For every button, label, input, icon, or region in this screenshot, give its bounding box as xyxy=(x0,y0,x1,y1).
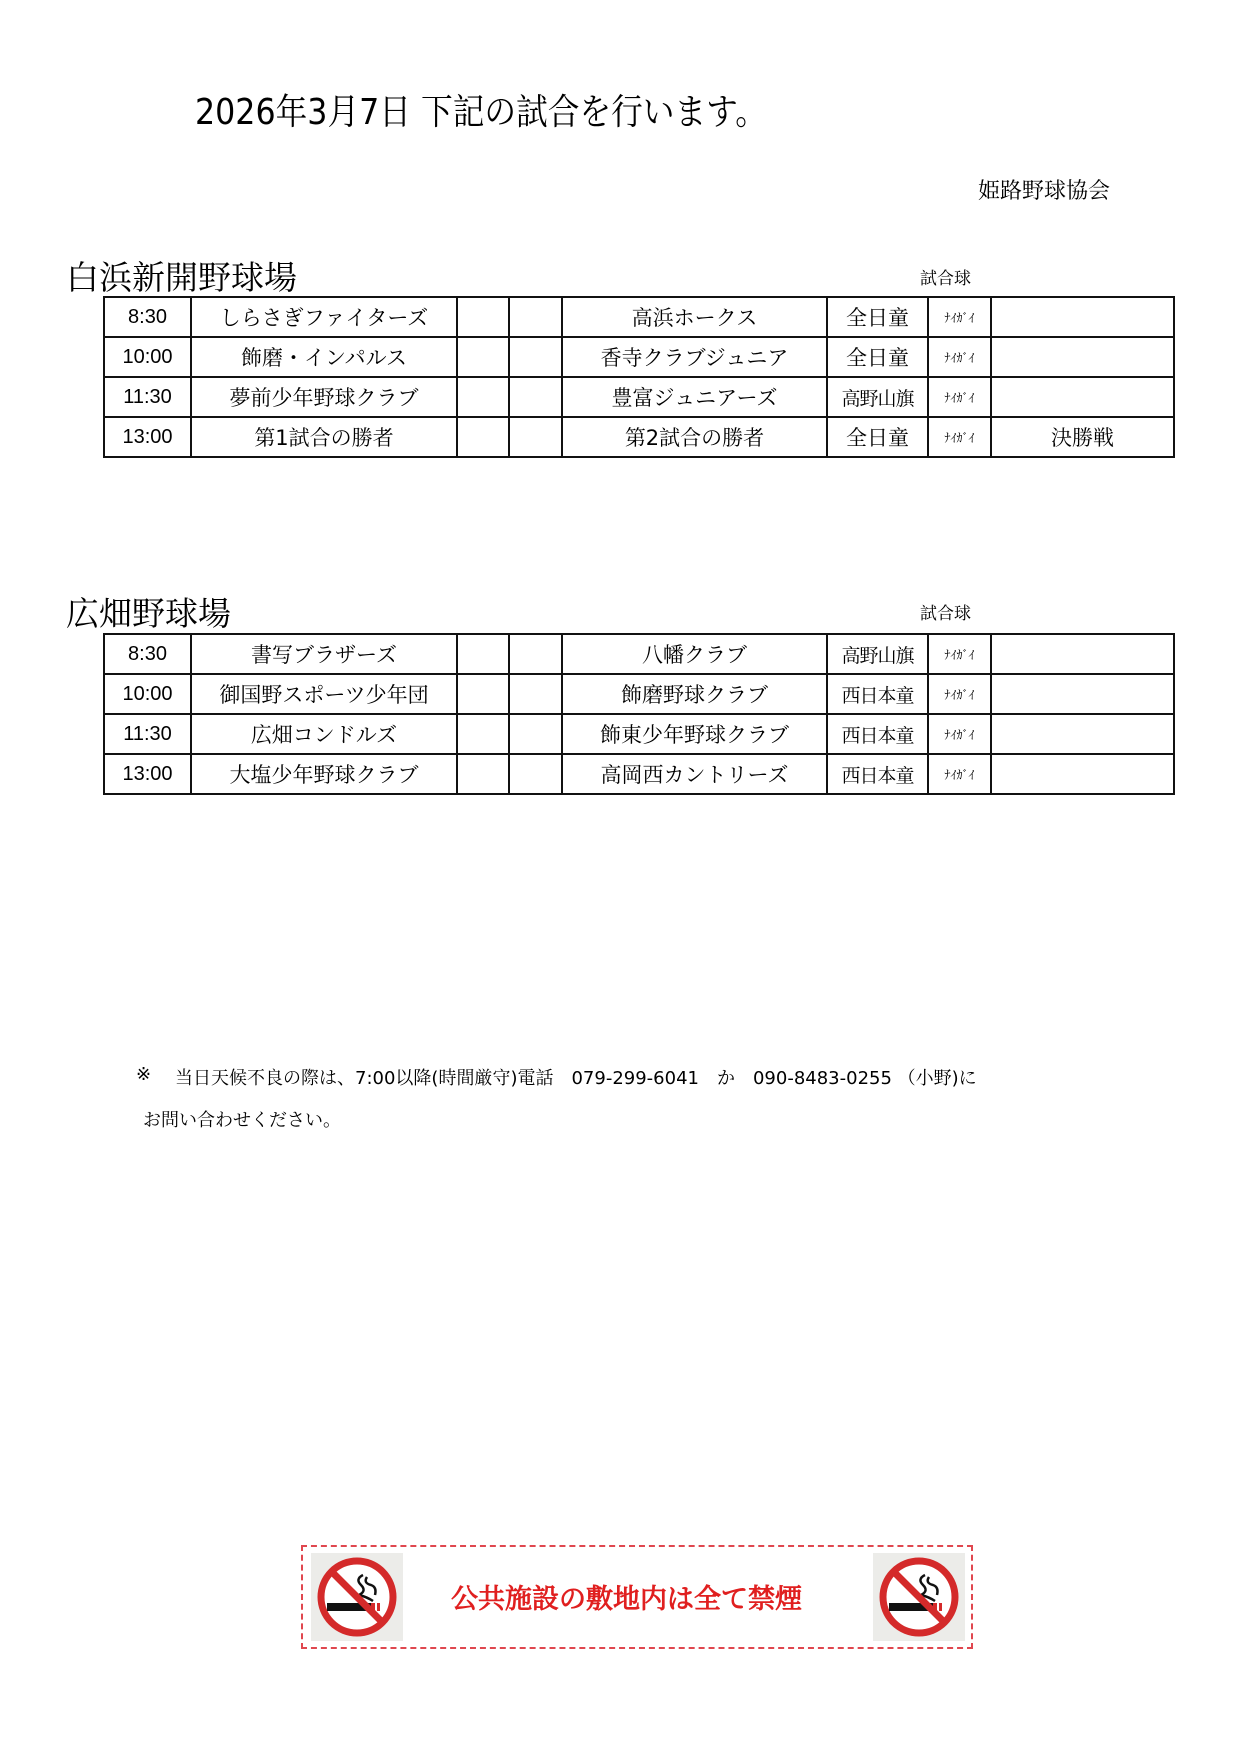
team-away: 豊富ジュニアーズ xyxy=(562,377,827,417)
game-note xyxy=(991,714,1174,754)
table-row: 11:30夢前少年野球クラブ豊富ジュニアーズ高野山旗ﾅｲｶﾞｲ xyxy=(104,377,1174,417)
team-home: 第1試合の勝者 xyxy=(191,417,457,457)
game-note xyxy=(991,337,1174,377)
game-ball: ﾅｲｶﾞｲ xyxy=(928,417,991,457)
score-cell xyxy=(509,297,562,337)
game-note xyxy=(991,634,1174,674)
game-ball: ﾅｲｶﾞｲ xyxy=(928,634,991,674)
game-ball: ﾅｲｶﾞｲ xyxy=(928,674,991,714)
game-ball: ﾅｲｶﾞｲ xyxy=(928,754,991,794)
table-row: 11:30広畑コンドルズ飾東少年野球クラブ西日本童ﾅｲｶﾞｲ xyxy=(104,714,1174,754)
table-row: 8:30書写ブラザーズ八幡クラブ高野山旗ﾅｲｶﾞｲ xyxy=(104,634,1174,674)
game-category: 西日本童 xyxy=(827,674,928,714)
team-away: 飾磨野球クラブ xyxy=(562,674,827,714)
table-row: 8:30しらさぎファイターズ高浜ホークス全日童ﾅｲｶﾞｲ xyxy=(104,297,1174,337)
ball-label-shirahama: 試合球 xyxy=(920,264,971,289)
game-category: 全日童 xyxy=(827,337,928,377)
schedule-table-hirohata: 8:30書写ブラザーズ八幡クラブ高野山旗ﾅｲｶﾞｲ10:00御国野スポーツ少年団… xyxy=(103,633,1175,795)
no-smoking-icon xyxy=(311,1553,403,1641)
team-home: 御国野スポーツ少年団 xyxy=(191,674,457,714)
notice-line-1: 当日天候不良の際は、7:00以降(時間厳守)電話 079-299-6041 か … xyxy=(175,1064,977,1090)
no-smoking-icon xyxy=(873,1553,965,1641)
game-category: 高野山旗 xyxy=(827,377,928,417)
notice-line-2: お問い合わせください。 xyxy=(143,1106,341,1132)
game-ball: ﾅｲｶﾞｲ xyxy=(928,337,991,377)
game-time: 13:00 xyxy=(104,417,191,457)
game-category: 全日童 xyxy=(827,417,928,457)
team-away: 八幡クラブ xyxy=(562,634,827,674)
notice-mark: ※ xyxy=(136,1064,151,1085)
score-cell xyxy=(509,337,562,377)
team-home: 大塩少年野球クラブ xyxy=(191,754,457,794)
score-cell xyxy=(509,754,562,794)
game-note: 決勝戦 xyxy=(991,417,1174,457)
score-cell xyxy=(457,297,509,337)
team-home: しらさぎファイターズ xyxy=(191,297,457,337)
game-ball: ﾅｲｶﾞｲ xyxy=(928,714,991,754)
game-category: 高野山旗 xyxy=(827,634,928,674)
score-cell xyxy=(457,377,509,417)
game-time: 11:30 xyxy=(104,377,191,417)
ball-label-hirohata: 試合球 xyxy=(920,599,971,624)
score-cell xyxy=(457,674,509,714)
game-ball: ﾅｲｶﾞｲ xyxy=(928,377,991,417)
table-row: 13:00大塩少年野球クラブ高岡西カントリーズ西日本童ﾅｲｶﾞｲ xyxy=(104,754,1174,794)
team-home: 書写ブラザーズ xyxy=(191,634,457,674)
no-smoking-text: 公共施設の敷地内は全て禁煙 xyxy=(451,1577,802,1616)
game-time: 11:30 xyxy=(104,714,191,754)
score-cell xyxy=(509,417,562,457)
team-away: 第2試合の勝者 xyxy=(562,417,827,457)
game-time: 10:00 xyxy=(104,337,191,377)
team-away: 香寺クラブジュニア xyxy=(562,337,827,377)
schedule-table-shirahama: 8:30しらさぎファイターズ高浜ホークス全日童ﾅｲｶﾞｲ10:00飾磨・インパル… xyxy=(103,296,1175,458)
game-category: 西日本童 xyxy=(827,754,928,794)
game-time: 13:00 xyxy=(104,754,191,794)
organization-name: 姫路野球協会 xyxy=(978,174,1110,205)
team-away: 飾東少年野球クラブ xyxy=(562,714,827,754)
score-cell xyxy=(457,754,509,794)
team-home: 広畑コンドルズ xyxy=(191,714,457,754)
score-cell xyxy=(457,714,509,754)
page-title: 2026年3月7日 下記の試合を行います。 xyxy=(195,84,767,135)
game-time: 8:30 xyxy=(104,634,191,674)
table-row: 10:00御国野スポーツ少年団飾磨野球クラブ西日本童ﾅｲｶﾞｲ xyxy=(104,674,1174,714)
game-note xyxy=(991,377,1174,417)
team-home: 夢前少年野球クラブ xyxy=(191,377,457,417)
table-row: 13:00第1試合の勝者第2試合の勝者全日童ﾅｲｶﾞｲ決勝戦 xyxy=(104,417,1174,457)
score-cell xyxy=(457,337,509,377)
no-smoking-banner: 公共施設の敷地内は全て禁煙 xyxy=(301,1545,973,1649)
score-cell xyxy=(509,634,562,674)
score-cell xyxy=(457,634,509,674)
venue-title-hirohata: 広畑野球場 xyxy=(66,588,231,635)
game-note xyxy=(991,754,1174,794)
game-note xyxy=(991,297,1174,337)
game-note xyxy=(991,674,1174,714)
score-cell xyxy=(509,714,562,754)
game-category: 全日童 xyxy=(827,297,928,337)
score-cell xyxy=(457,417,509,457)
table-row: 10:00飾磨・インパルス香寺クラブジュニア全日童ﾅｲｶﾞｲ xyxy=(104,337,1174,377)
team-home: 飾磨・インパルス xyxy=(191,337,457,377)
game-time: 10:00 xyxy=(104,674,191,714)
game-ball: ﾅｲｶﾞｲ xyxy=(928,297,991,337)
score-cell xyxy=(509,377,562,417)
venue-title-shirahama: 白浜新開野球場 xyxy=(66,252,297,299)
game-time: 8:30 xyxy=(104,297,191,337)
team-away: 高浜ホークス xyxy=(562,297,827,337)
game-category: 西日本童 xyxy=(827,714,928,754)
score-cell xyxy=(509,674,562,714)
team-away: 高岡西カントリーズ xyxy=(562,754,827,794)
